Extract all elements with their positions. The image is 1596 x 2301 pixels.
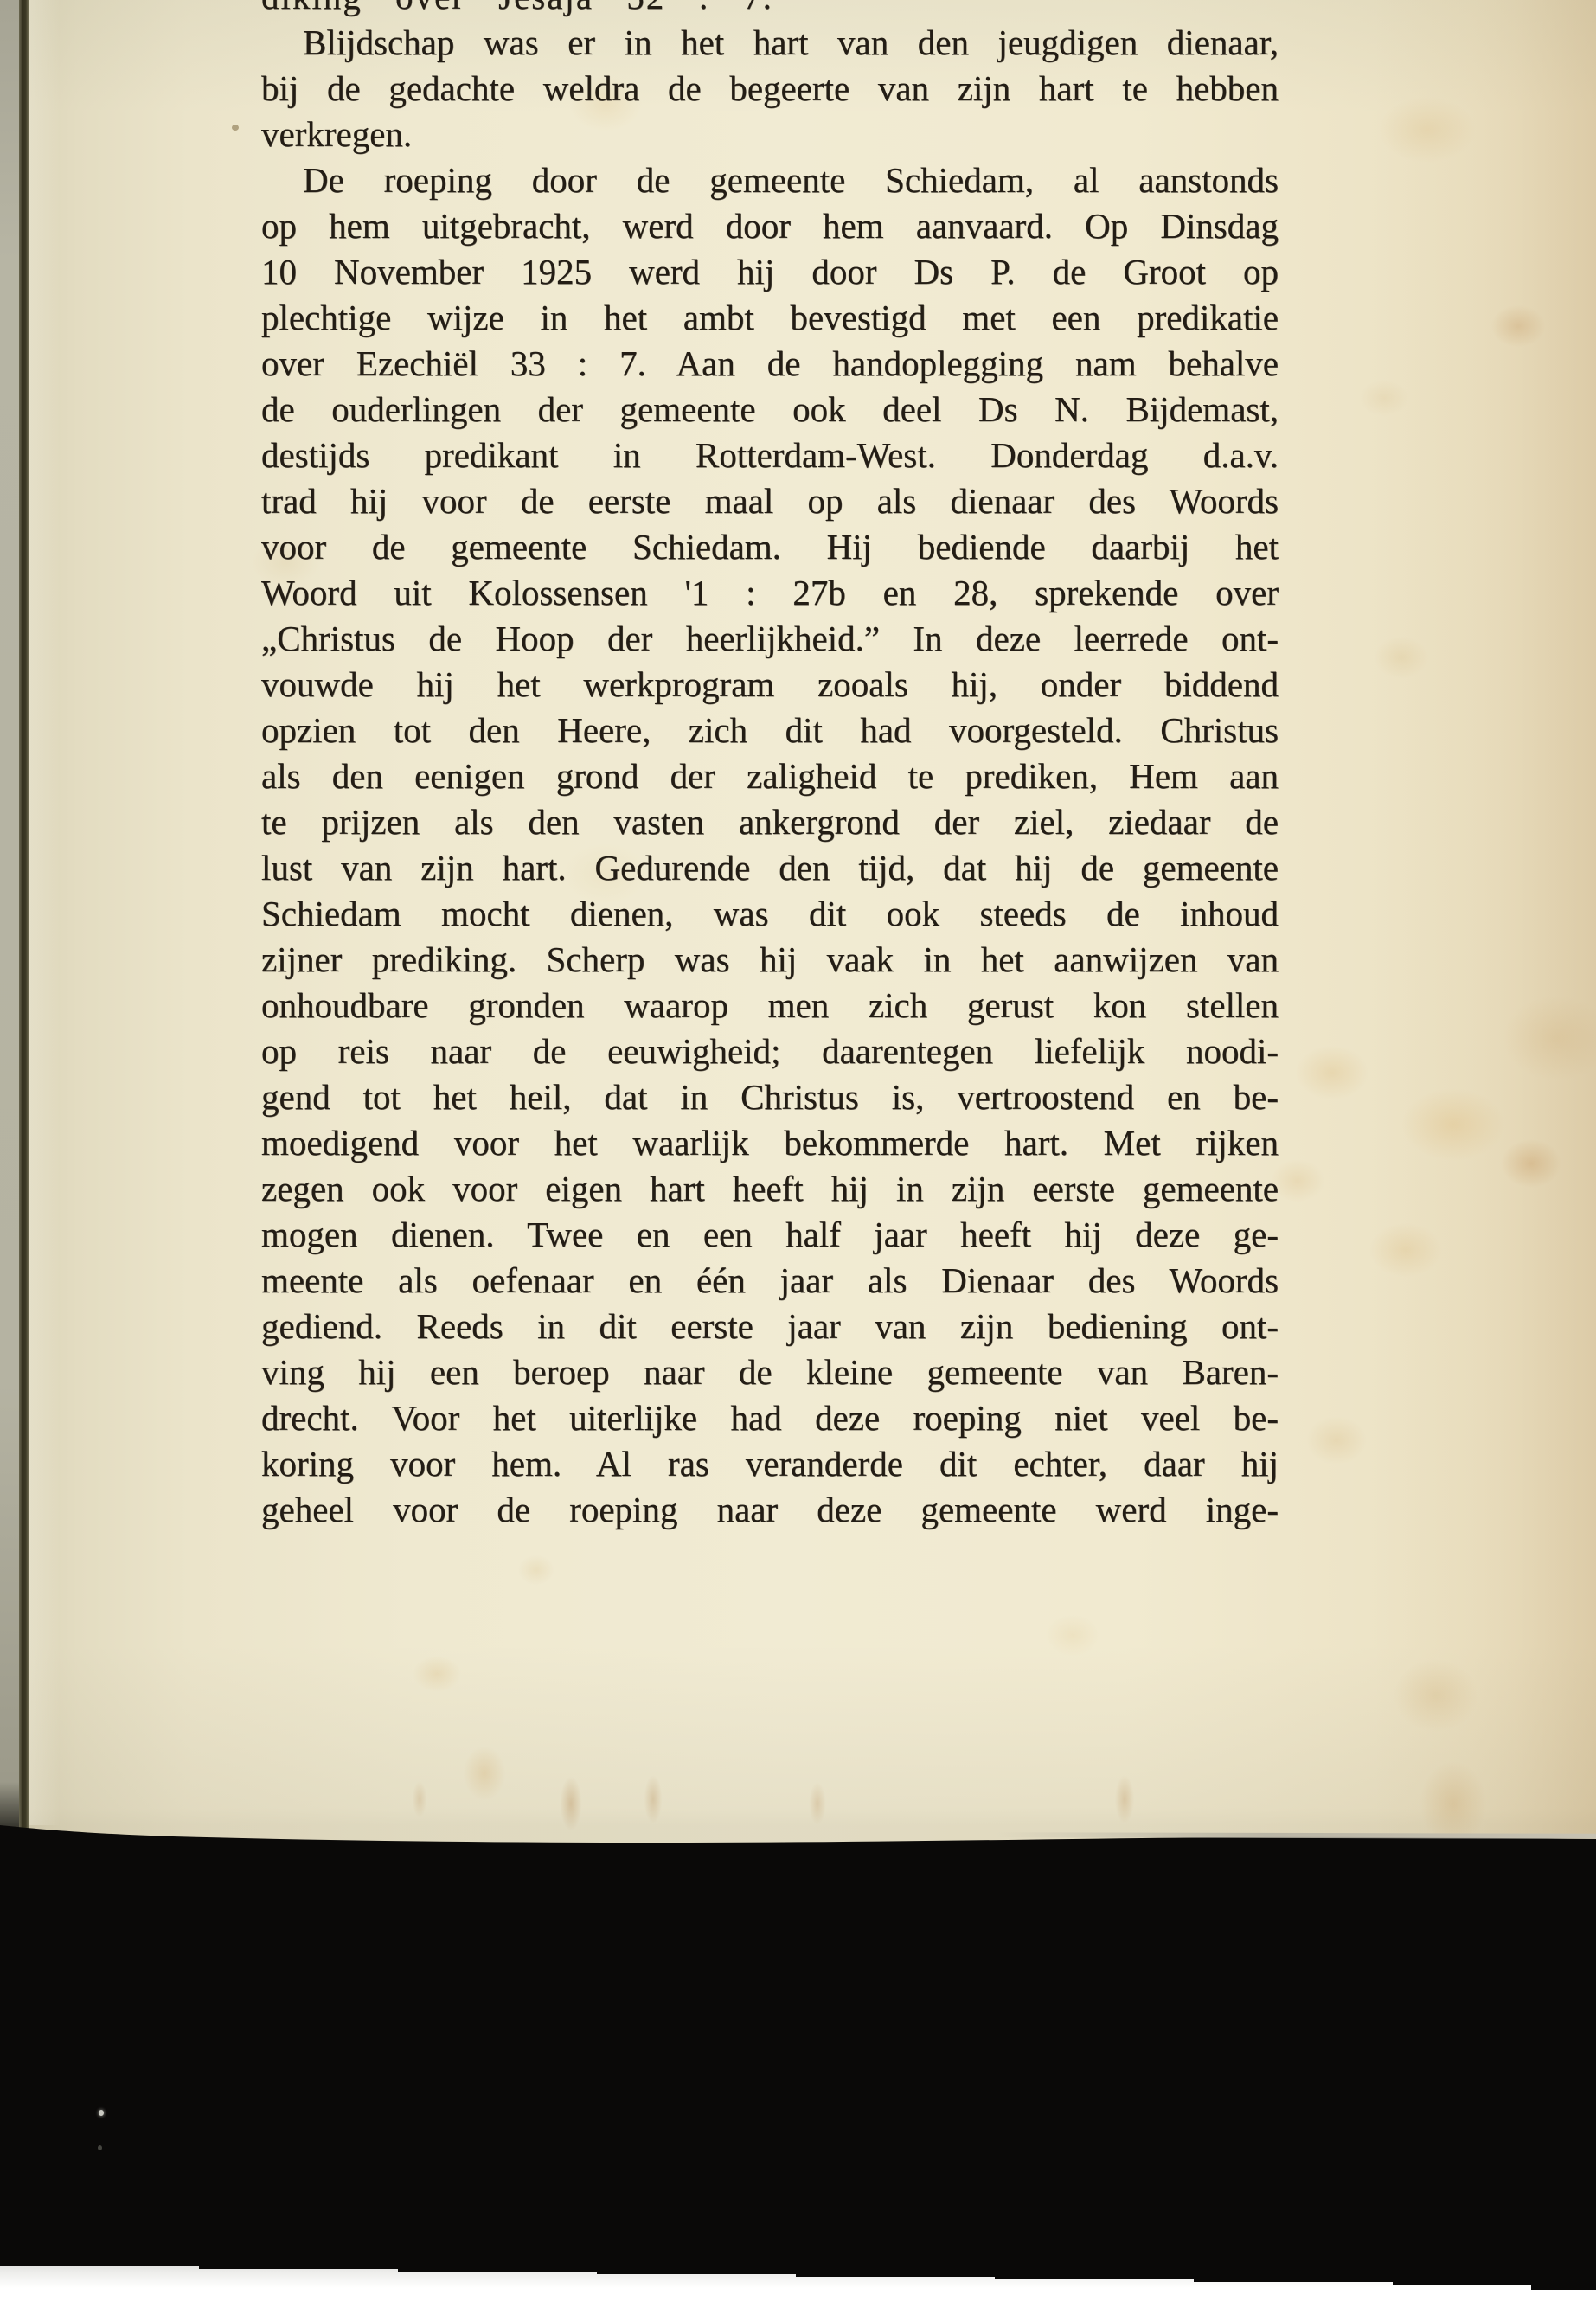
scan-black-area: [0, 1873, 1596, 2301]
text-line: Schiedam mocht dienen, was dit ook steed…: [261, 891, 1279, 937]
text-line: plechtige wijze in het ambt bevestigd me…: [261, 295, 1279, 341]
text-line: moedigend voor het waarlijk bekommerde h…: [261, 1120, 1279, 1166]
text-line: trad hij voor de eerste maal op als dien…: [261, 478, 1279, 524]
text-line-clipped: diking over Jesaja 52 : 7.: [261, 0, 1279, 20]
dust-speck: [99, 2110, 104, 2116]
text-line: De roeping door de gemeente Schiedam, al…: [261, 157, 1279, 203]
text-line: lust van zijn hart. Gedurende den tijd, …: [261, 845, 1279, 891]
text-line: de ouderlingen der gemeente ook deel Ds …: [261, 387, 1279, 433]
text-line: zijner prediking. Scherp was hij vaak in…: [261, 937, 1279, 983]
text-line: gend tot het heil, dat in Christus is, v…: [261, 1074, 1279, 1120]
text-line: voor de gemeente Schiedam. Hij bediende …: [261, 524, 1279, 570]
text-line: ving hij een beroep naar de kleine gemee…: [261, 1349, 1279, 1395]
text-line: te prijzen als den vasten ankergrond der…: [261, 799, 1279, 845]
binding-crease-highlight: [29, 0, 60, 1825]
text-line: onhoudbare gronden waarop men zich gerus…: [261, 983, 1279, 1029]
text-line: destijds predikant in Rotterdam-West. Do…: [261, 433, 1279, 478]
text-line: Woord uit Kolossensen '1 : 27b en 28, sp…: [261, 570, 1279, 616]
binding-crease: [19, 0, 29, 1851]
text-line: op hem uitgebracht, werd door hem aanvaa…: [261, 203, 1279, 249]
text-line: meente als oefenaar en één jaar als Dien…: [261, 1258, 1279, 1304]
text-line: geheel voor de roeping naar deze gemeent…: [261, 1487, 1279, 1533]
text-line: koring voor hem. Al ras veranderde dit e…: [261, 1441, 1279, 1487]
text-line: over Ezechiël 33 : 7. Aan de handopleggi…: [261, 341, 1279, 387]
text-line: mogen dienen. Twee en een half jaar heef…: [261, 1212, 1279, 1258]
text-line: gediend. Reeds in dit eerste jaar van zi…: [261, 1304, 1279, 1349]
text-line: verkregen.: [261, 112, 1279, 157]
margin-speck: [232, 125, 239, 131]
text-line: bij de gedachte weldra de begeerte van z…: [261, 66, 1279, 112]
scanned-book-page: diking over Jesaja 52 : 7. Blijdschap wa…: [0, 0, 1596, 2301]
page-text: diking over Jesaja 52 : 7. Blijdschap wa…: [261, 0, 1279, 1533]
text-line: als den eenigen grond der zaligheid te p…: [261, 753, 1279, 799]
text-line: drecht. Voor het uiterlijke had deze roe…: [261, 1395, 1279, 1441]
text-line: vouwde hij het werkprogram zooals hij, o…: [261, 662, 1279, 708]
dust-speck: [98, 2145, 102, 2150]
text-line: 10 November 1925 werd hij door Ds P. de …: [261, 249, 1279, 295]
text-line: opzien tot den Heere, zich dit had voorg…: [261, 708, 1279, 753]
text-line: zegen ook voor eigen hart heeft hij in z…: [261, 1166, 1279, 1212]
text-line: Blijdschap was er in het hart van den je…: [261, 20, 1279, 66]
text-line: op reis naar de eeuwigheid; daarentegen …: [261, 1029, 1279, 1074]
text-line: „Christus de Hoop der heerlijkheid.” In …: [261, 616, 1279, 662]
